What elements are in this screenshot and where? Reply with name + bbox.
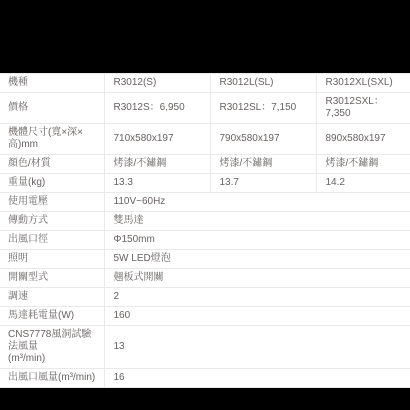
row-label: 照明 bbox=[0, 250, 104, 269]
row-dimensions: 機體尺寸(寬×深×高)mm 710x580x197 790x580x197 89… bbox=[0, 124, 410, 155]
cell-value: R3012S：6,950 bbox=[104, 93, 210, 124]
cell-value: R3012L(SL) bbox=[210, 74, 316, 93]
row-label: 傳動方式 bbox=[0, 212, 104, 231]
cell-value: R3012(S) bbox=[104, 74, 210, 93]
letterbox-top bbox=[0, 0, 410, 73]
cell-value: 翹板式開關 bbox=[104, 269, 410, 288]
cell-value: 110V~60Hz bbox=[104, 193, 410, 212]
cell-value: R3012SL：7,150 bbox=[210, 93, 316, 124]
cell-value: 烤漆/不鏽鋼 bbox=[210, 155, 316, 174]
row-label: 機體尺寸(寬×深×高)mm bbox=[0, 124, 104, 155]
cell-value: 14.2 bbox=[316, 174, 410, 193]
row-label: 出風口徑 bbox=[0, 231, 104, 250]
row-label: 顏色/材質 bbox=[0, 155, 104, 174]
screen: 機種 R3012(S) R3012L(SL) R3012XL(SXL) 價格 R… bbox=[0, 0, 410, 410]
row-label: 馬達耗電量(W) bbox=[0, 307, 104, 326]
cell-value: 710x580x197 bbox=[104, 124, 210, 155]
row-label: 出風口風量(m³/min) bbox=[0, 369, 104, 388]
row-lighting: 照明 5W LED燈泡 bbox=[0, 250, 410, 269]
cell-value: 13 bbox=[104, 326, 410, 369]
row-label: 機種 bbox=[0, 74, 104, 93]
row-color-material: 顏色/材質 烤漆/不鏽鋼 烤漆/不鏽鋼 烤漆/不鏽鋼 bbox=[0, 155, 410, 174]
row-cns-airflow: CNS7778風洞試驗法風量 (m³/min) 13 bbox=[0, 326, 410, 369]
row-label: 價格 bbox=[0, 93, 104, 124]
row-label: 重量(kg) bbox=[0, 174, 104, 193]
row-price: 價格 R3012S：6,950 R3012SL：7,150 R3012SXL：7… bbox=[0, 93, 410, 124]
cell-value: 烤漆/不鏽鋼 bbox=[104, 155, 210, 174]
letterbox-bottom bbox=[0, 388, 410, 410]
row-label: 使用電壓 bbox=[0, 193, 104, 212]
row-speed-settings: 調速 2 bbox=[0, 288, 410, 307]
cell-value: 烤漆/不鏽鋼 bbox=[316, 155, 410, 174]
row-label: 開關型式 bbox=[0, 269, 104, 288]
row-label: 調速 bbox=[0, 288, 104, 307]
cell-value: 16 bbox=[104, 369, 410, 388]
cell-value: 13.7 bbox=[210, 174, 316, 193]
row-switch-type: 開關型式 翹板式開關 bbox=[0, 269, 410, 288]
row-motor-power: 馬達耗電量(W) 160 bbox=[0, 307, 410, 326]
row-weight: 重量(kg) 13.3 13.7 14.2 bbox=[0, 174, 410, 193]
cell-value: 2 bbox=[104, 288, 410, 307]
row-drive-type: 傳動方式 雙馬達 bbox=[0, 212, 410, 231]
cell-value: 790x580x197 bbox=[210, 124, 316, 155]
cell-value: 160 bbox=[104, 307, 410, 326]
spec-sheet: 機種 R3012(S) R3012L(SL) R3012XL(SXL) 價格 R… bbox=[0, 73, 410, 388]
cell-value: 890x580x197 bbox=[316, 124, 410, 155]
row-model: 機種 R3012(S) R3012L(SL) R3012XL(SXL) bbox=[0, 74, 410, 93]
cell-value: 13.3 bbox=[104, 174, 210, 193]
row-label: CNS7778風洞試驗法風量 (m³/min) bbox=[0, 326, 104, 369]
spec-table: 機種 R3012(S) R3012L(SL) R3012XL(SXL) 價格 R… bbox=[0, 73, 410, 388]
row-outlet-diameter: 出風口徑 Φ150mm bbox=[0, 231, 410, 250]
cell-value: 5W LED燈泡 bbox=[104, 250, 410, 269]
row-outlet-airflow: 出風口風量(m³/min) 16 bbox=[0, 369, 410, 388]
cell-value: R3012SXL：7,350 bbox=[316, 93, 410, 124]
cell-value: Φ150mm bbox=[104, 231, 410, 250]
cell-value: R3012XL(SXL) bbox=[316, 74, 410, 93]
cell-value: 雙馬達 bbox=[104, 212, 410, 231]
row-voltage: 使用電壓 110V~60Hz bbox=[0, 193, 410, 212]
